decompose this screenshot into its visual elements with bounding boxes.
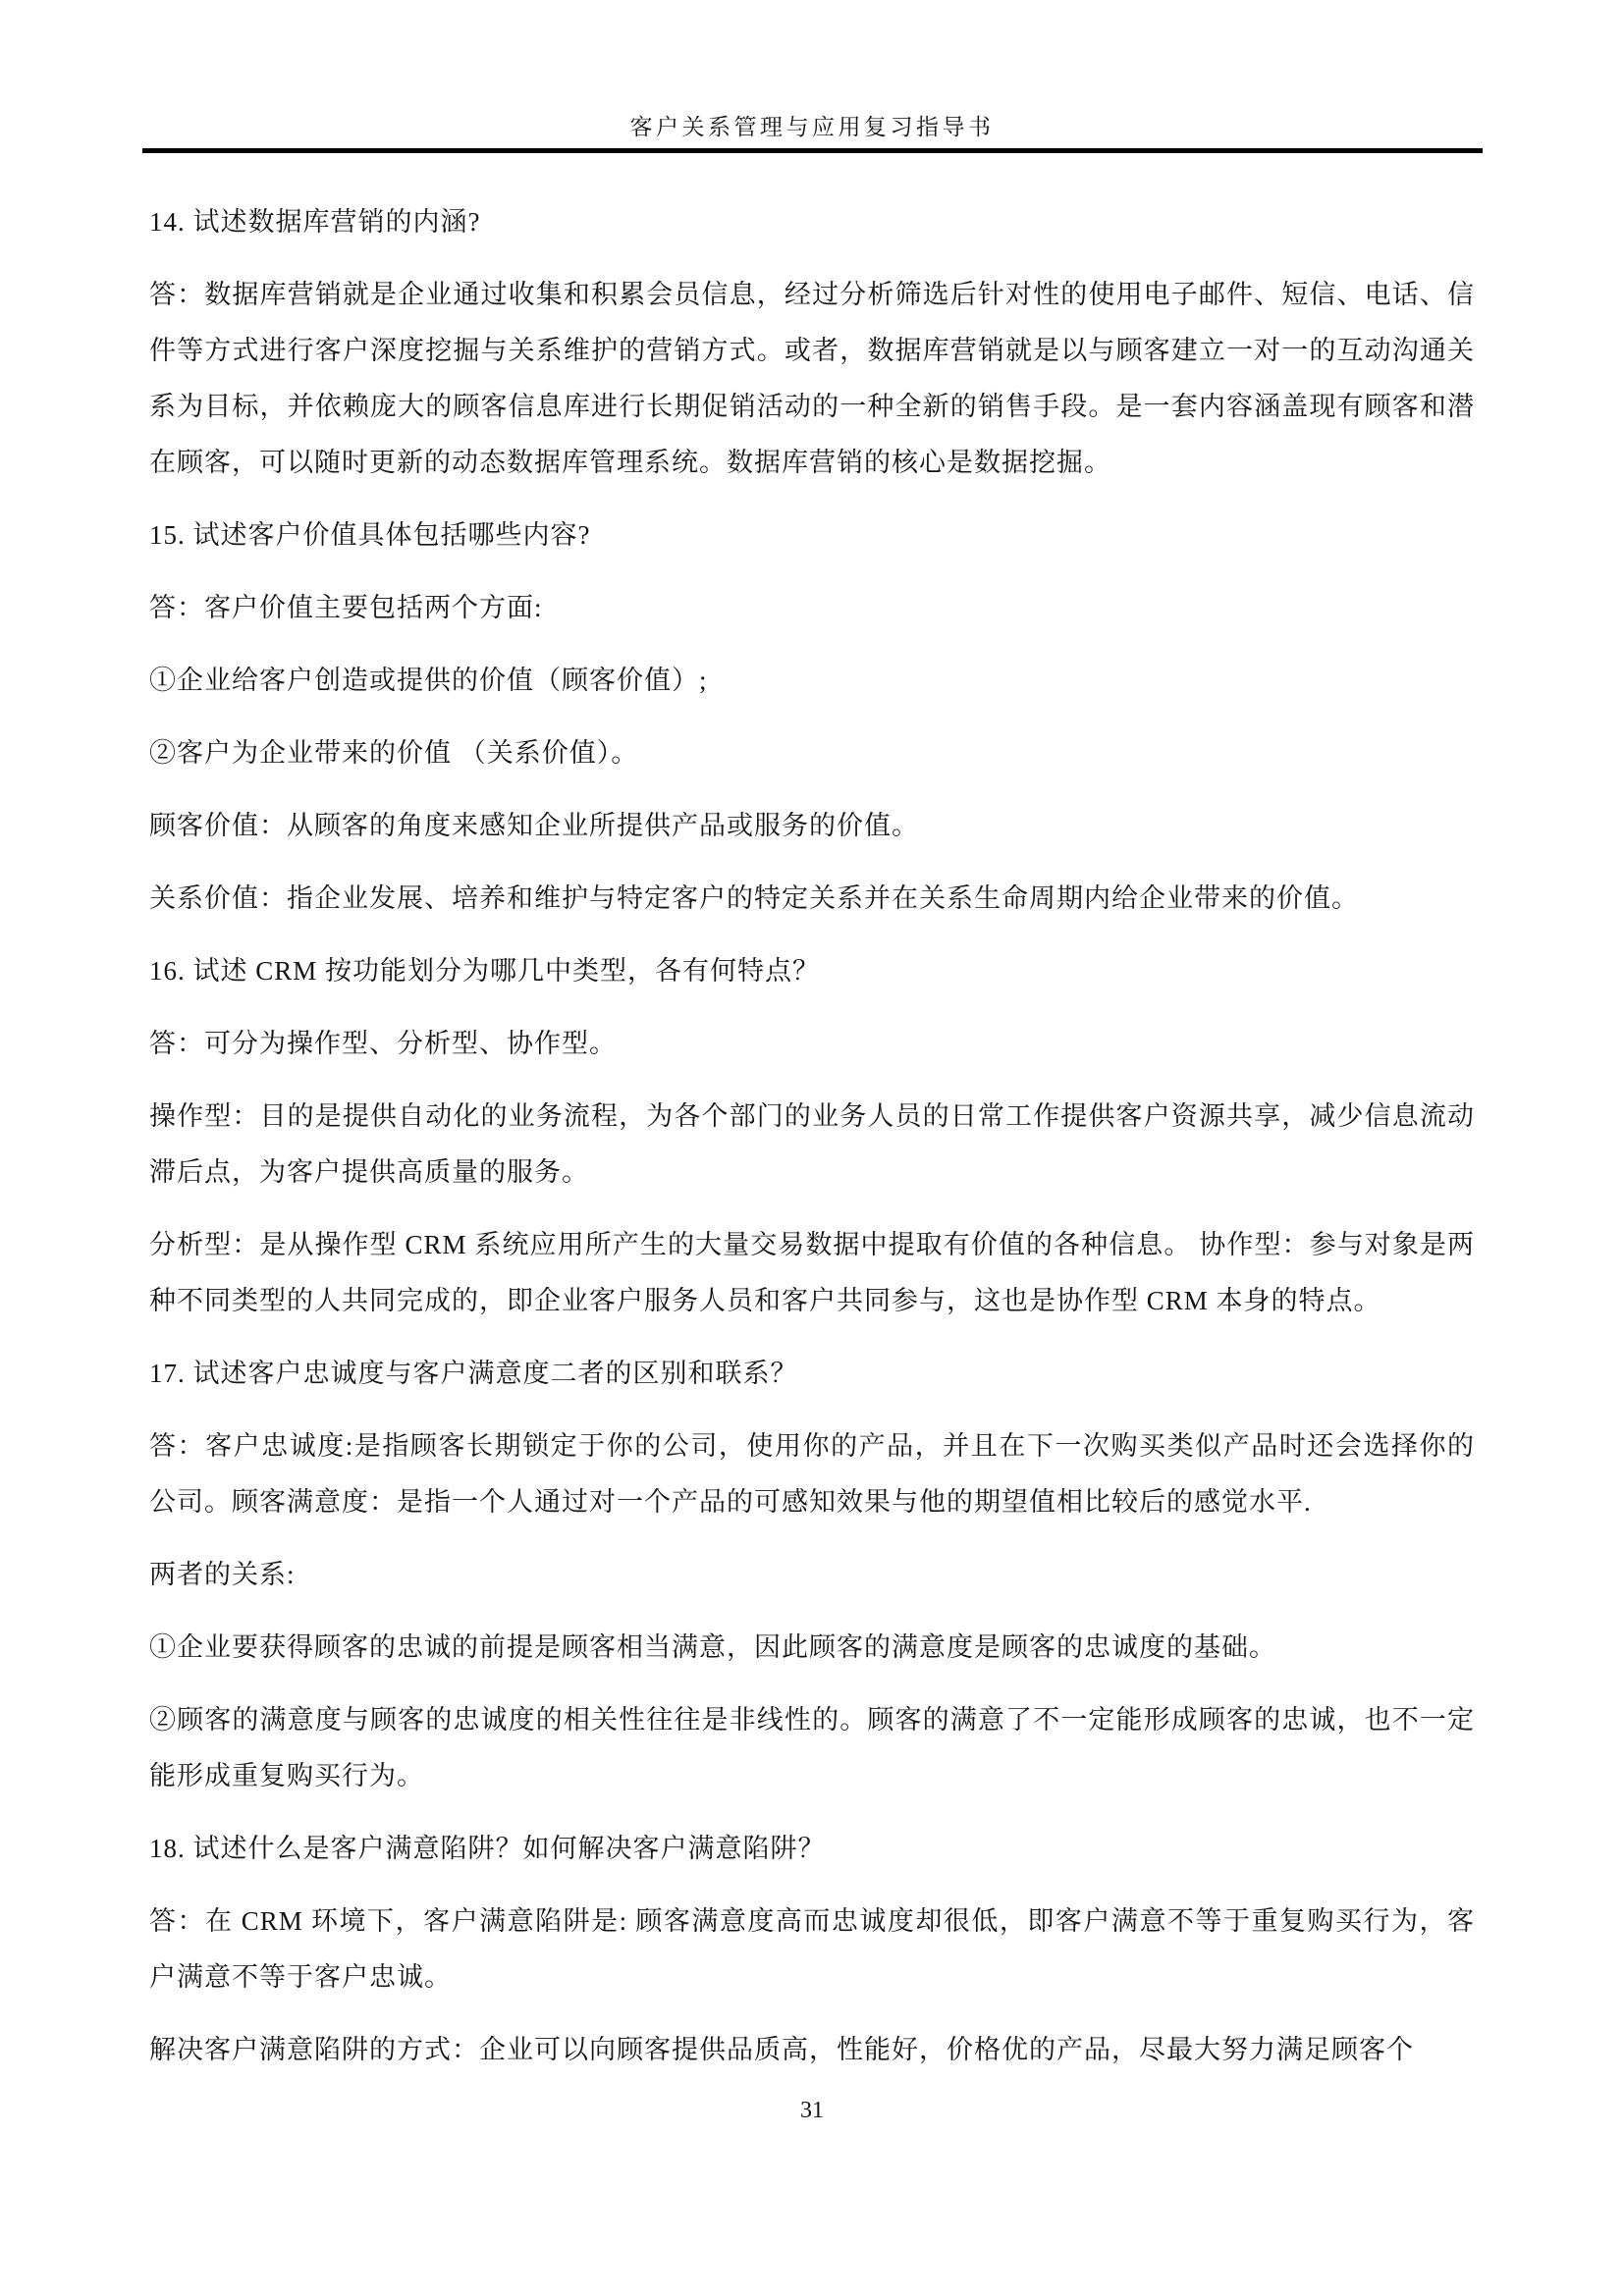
answer-paragraph: 答：客户价值主要包括两个方面: (149, 580, 1475, 636)
question-paragraph: 18. 试述什么是客户满意陷阱？如何解决客户满意陷阱？ (149, 1821, 1475, 1877)
document-body: 14. 试述数据库营销的内涵?答：数据库营销就是企业通过收集和积累会员信息，经过… (149, 194, 1475, 2078)
page-footer: 31 (0, 2097, 1624, 2124)
answer-paragraph: 两者的关系: (149, 1547, 1475, 1603)
answer-paragraph: ①企业要获得顾客的忠诚的前提是顾客相当满意，因此顾客的满意度是顾客的忠诚度的基础… (149, 1620, 1475, 1676)
answer-paragraph: 操作型：目的是提供自动化的业务流程，为各个部门的业务人员的日常工作提供客户资源共… (149, 1089, 1475, 1201)
answer-paragraph: 关系价值：指企业发展、培养和维护与特定客户的特定关系并在关系生命周期内给企业带来… (149, 871, 1475, 927)
answer-paragraph: ①企业给客户创造或提供的价值（顾客价值）; (149, 653, 1475, 709)
question-paragraph: 15. 试述客户价值具体包括哪些内容? (149, 507, 1475, 563)
answer-paragraph: 分析型：是从操作型 CRM 系统应用所产生的大量交易数据中提取有价值的各种信息。… (149, 1217, 1475, 1329)
answer-paragraph: ②客户为企业带来的价值 （关系价值）。 (149, 725, 1475, 781)
document-page: 客户关系管理与应用复习指导书 14. 试述数据库营销的内涵?答：数据库营销就是企… (0, 0, 1624, 2296)
header-rule (142, 148, 1483, 153)
answer-paragraph: 答：客户忠诚度:是指顾客长期锁定于你的公司，使用你的产品，并且在下一次购买类似产… (149, 1418, 1475, 1530)
answer-paragraph: 解决客户满意陷阱的方式：企业可以向顾客提供品质高，性能好，价格优的产品，尽最大努… (149, 2022, 1475, 2078)
answer-paragraph: ②顾客的满意度与顾客的忠诚度的相关性往往是非线性的。顾客的满意了不一定能形成顾客… (149, 1692, 1475, 1804)
page-number: 31 (800, 2098, 824, 2123)
answer-paragraph: 答：在 CRM 环境下，客户满意陷阱是: 顾客满意度高而忠诚度却很低，即客户满意… (149, 1894, 1475, 2005)
question-paragraph: 14. 试述数据库营销的内涵? (149, 194, 1475, 250)
question-paragraph: 16. 试述 CRM 按功能划分为哪几中类型，各有何特点？ (149, 943, 1475, 999)
answer-paragraph: 答：数据库营销就是企业通过收集和积累会员信息，经过分析筛选后针对性的使用电子邮件… (149, 267, 1475, 491)
answer-paragraph: 答：可分为操作型、分析型、协作型。 (149, 1016, 1475, 1072)
page-header: 客户关系管理与应用复习指导书 (0, 0, 1624, 153)
page-title: 客户关系管理与应用复习指导书 (0, 115, 1624, 140)
question-paragraph: 17. 试述客户忠诚度与客户满意度二者的区别和联系？ (149, 1346, 1475, 1402)
answer-paragraph: 顾客价值：从顾客的角度来感知企业所提供产品或服务的价值。 (149, 798, 1475, 854)
